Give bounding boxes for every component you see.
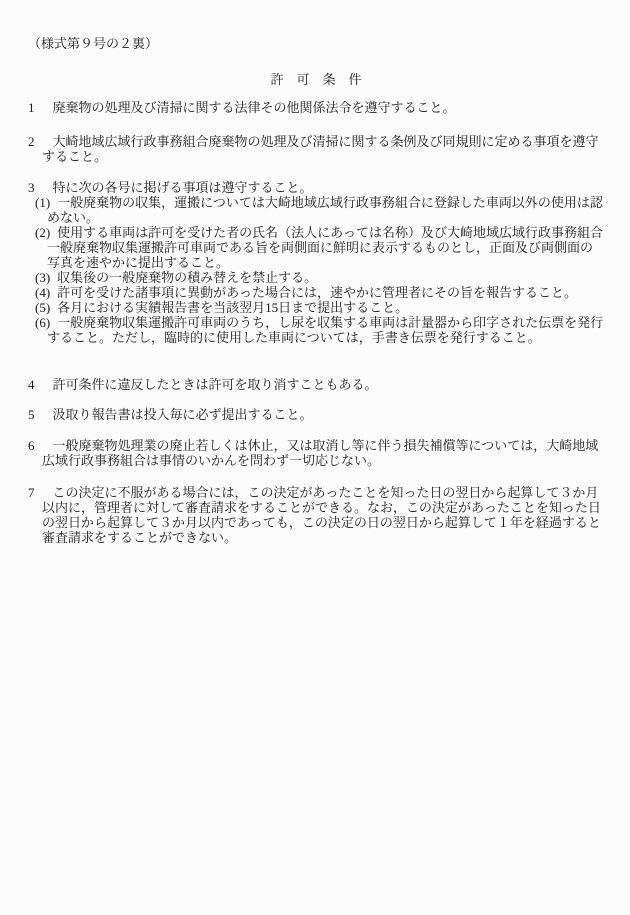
item-text: 特に次の各号に掲げる事項は遵守すること。 (53, 180, 313, 195)
item-number: 6 (28, 438, 35, 453)
condition-subitem-2: (2)使用する車両は許可を受けた者の氏名（法人にあっては名称）及び大崎地域広域行… (28, 225, 604, 270)
condition-item-5: 5汲取り報告書は投入毎に必ず提出すること。 (28, 407, 604, 422)
condition-subitem-3: (3)収集後の一般廃棄物の積み替えを禁止する。 (28, 270, 604, 285)
item-text: 大崎地域広域行政事務組合廃棄物の処理及び清掃に関する条例及び同規則に定める事項を… (42, 134, 599, 164)
item-number: 4 (28, 377, 35, 392)
subitem-text: 一般廃棄物収集運搬許可車両のうち，し尿を収集する車両は計量器から印字された伝票を… (47, 315, 603, 345)
subitem-text: 使用する車両は許可を受けた者の氏名（法人にあっては名称）及び大崎地域広域行政事務… (47, 225, 603, 270)
item-number: 5 (28, 407, 35, 422)
condition-item-3: 3特に次の各号に掲げる事項は遵守すること。 (1)一般廃棄物の収集，運搬について… (28, 180, 604, 345)
condition-item-1: 1廃棄物の処理及び清掃に関する法律その他関係法令を遵守すること。 (28, 100, 604, 115)
item-number: 2 (28, 134, 35, 149)
condition-item-6: 6一般廃棄物処理業の廃止若しくは休止，又は取消し等に伴う損失補償等については，大… (28, 438, 604, 468)
page-title: 許 可 条 件 (28, 72, 604, 87)
condition-subitem-6: (6)一般廃棄物収集運搬許可車両のうち，し尿を収集する車両は計量器から印字された… (28, 315, 604, 345)
item-text: 許可条件に違反したときは許可を取り消すこともある。 (53, 377, 378, 392)
condition-item-4: 4許可条件に違反したときは許可を取り消すこともある。 (28, 377, 604, 392)
subitem-number: (5) (35, 300, 50, 315)
item-number: 3 (28, 180, 35, 195)
subitem-number: (4) (35, 285, 50, 300)
condition-subitem-1: (1)一般廃棄物の収集，運搬については大崎地域広域行政事務組合に登録した車両以外… (28, 195, 604, 225)
form-note: （様式第９号の２裏） (28, 36, 604, 51)
subitem-text: 許可を受けた諸事項に異動があった場合には，速やかに管理者にその旨を報告すること。 (57, 285, 577, 300)
item-text: この決定に不服がある場合には，この決定があったことを知った日の翌日から起算して３… (42, 485, 601, 545)
document-page: （様式第９号の２裏） 許 可 条 件 1廃棄物の処理及び清掃に関する法律その他関… (0, 0, 630, 915)
subitem-number: (1) (35, 195, 50, 210)
item-text: 廃棄物の処理及び清掃に関する法律その他関係法令を遵守すること。 (53, 100, 456, 115)
condition-item-2: 2大崎地域広域行政事務組合廃棄物の処理及び清掃に関する条例及び同規則に定める事項… (28, 134, 604, 164)
subitem-text: 各月における実績報告書を当該翌月15日まで提出すること。 (57, 300, 408, 315)
condition-subitem-5: (5)各月における実績報告書を当該翌月15日まで提出すること。 (28, 300, 604, 315)
condition-subitem-4: (4)許可を受けた諸事項に異動があった場合には，速やかに管理者にその旨を報告する… (28, 285, 604, 300)
subitem-number: (6) (35, 315, 50, 330)
item-text: 汲取り報告書は投入毎に必ず提出すること。 (53, 407, 313, 422)
item-head: 3特に次の各号に掲げる事項は遵守すること。 (28, 180, 604, 195)
subitem-number: (2) (35, 225, 50, 240)
subitem-text: 収集後の一般廃棄物の積み替えを禁止する。 (57, 270, 317, 285)
item-number: 1 (28, 100, 35, 115)
subitem-text: 一般廃棄物の収集，運搬については大崎地域広域行政事務組合に登録した車両以外の使用… (47, 195, 603, 225)
item-number: 7 (28, 485, 35, 500)
condition-item-7: 7この決定に不服がある場合には，この決定があったことを知った日の翌日から起算して… (28, 485, 604, 545)
subitem-number: (3) (35, 270, 50, 285)
item-text: 一般廃棄物処理業の廃止若しくは休止，又は取消し等に伴う損失補償等については，大崎… (42, 438, 598, 468)
